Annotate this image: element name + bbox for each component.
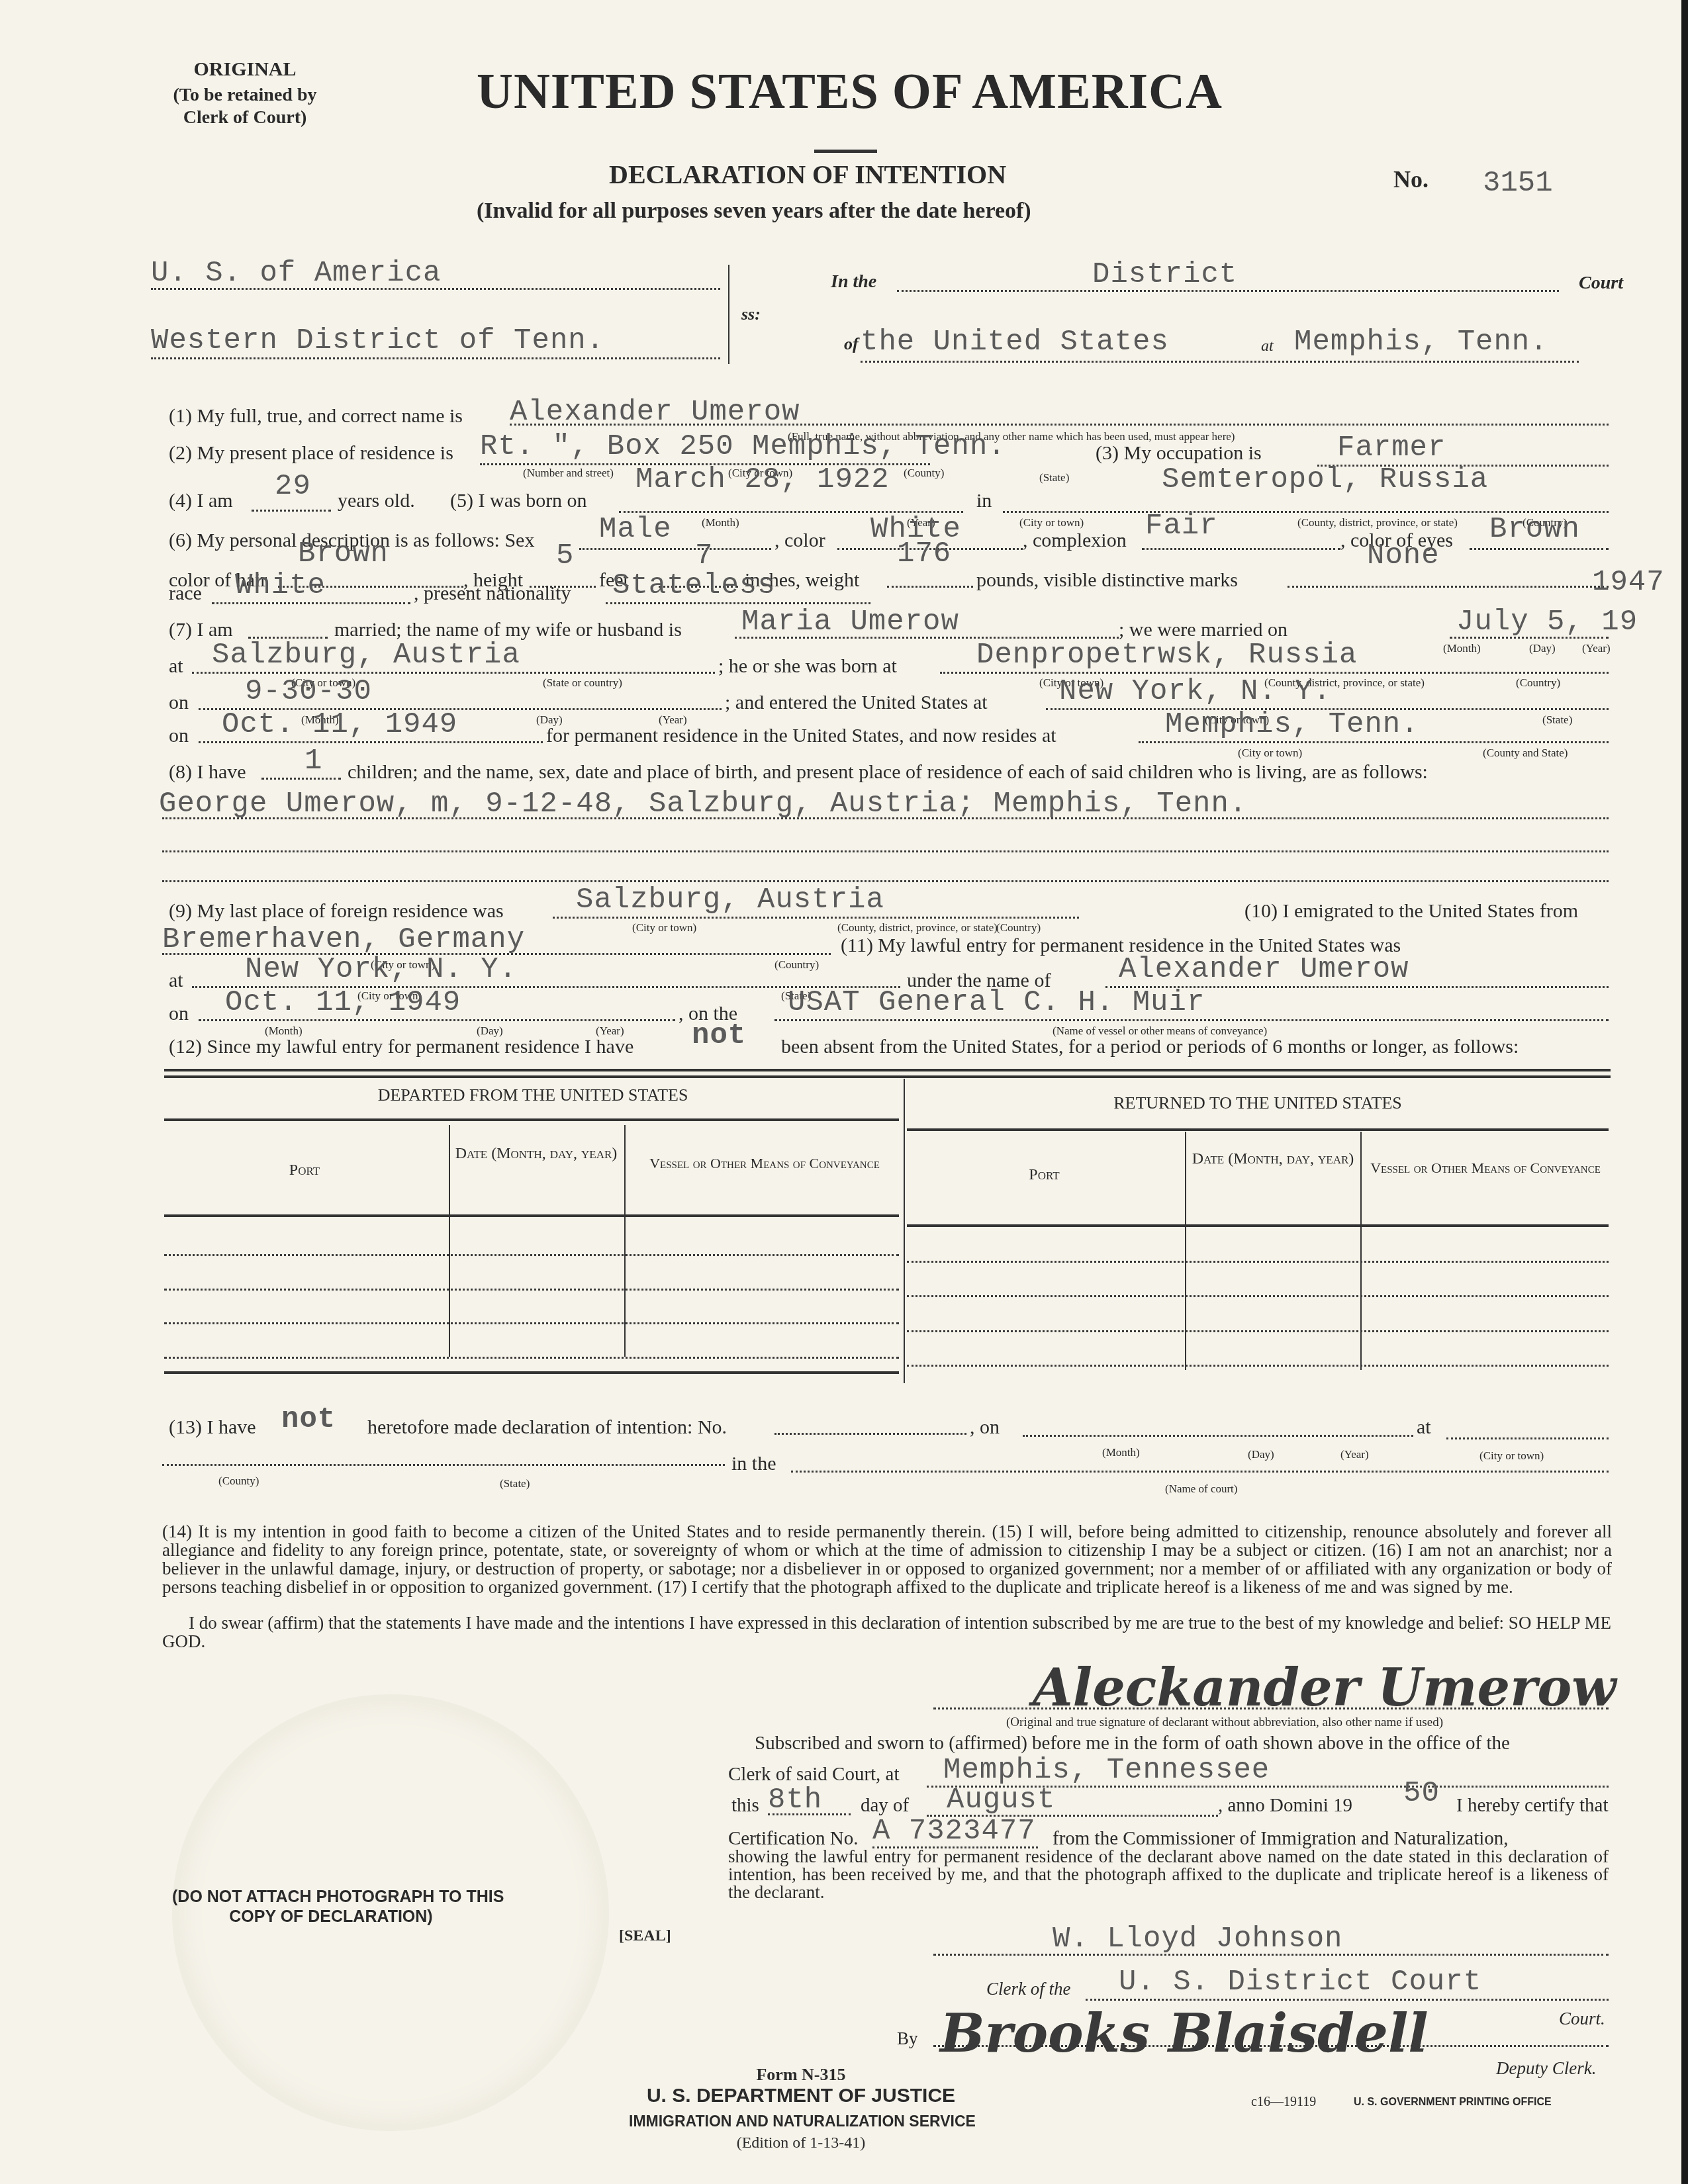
spouse-birthdate: 9-30-30 <box>245 675 372 708</box>
marriage-date: July 5, 19 <box>1456 606 1638 639</box>
service: IMMIGRATION AND NATURALIZATION SERVICE <box>629 2113 973 2130</box>
resides-label: for permanent residence in the United St… <box>546 725 1056 747</box>
page-title: UNITED STATES OF AMERICA <box>477 63 1223 120</box>
birth-place: Semteropol, Russia <box>1162 463 1488 496</box>
field-line <box>199 1019 675 1021</box>
hint: (State or country) <box>543 676 622 690</box>
table-row <box>164 1289 899 1291</box>
hint: (County) <box>904 467 944 480</box>
table-bottom-rule <box>164 1371 899 1374</box>
in-label: in <box>976 490 992 512</box>
field-line <box>261 778 341 780</box>
q13-label: (13) I have <box>169 1416 256 1439</box>
document-page: ORIGINAL (To be retained by Clerk of Cou… <box>0 0 1681 2184</box>
nationality-label: , present nationality <box>414 582 571 605</box>
hint: (State) <box>1039 471 1069 484</box>
declaration-number: 3151 <box>1483 167 1553 200</box>
clerk-of-label: Clerk of the <box>986 1979 1070 1999</box>
q11-at-label: at <box>169 970 183 992</box>
signature-line <box>933 1707 1609 1709</box>
number-label: No. <box>1393 165 1429 193</box>
ss-label: ss: <box>741 304 761 324</box>
children-count: 1 <box>305 745 322 778</box>
hint: (Year) <box>1582 642 1611 655</box>
prior-city-line <box>1446 1437 1609 1439</box>
field-line <box>768 1813 851 1815</box>
hint: (Country) <box>1516 676 1560 690</box>
spouse-birthplace: Denpropetrwsk, Russia <box>976 639 1358 672</box>
departed-header: DEPARTED FROM THE UNITED STATES <box>165 1085 900 1105</box>
q11-on-label: on <box>169 1003 189 1025</box>
gpo-label: U. S. GOVERNMENT PRINTING OFFICE <box>1354 2097 1552 2109</box>
prior-number-line <box>774 1433 966 1435</box>
field-line <box>1288 586 1609 588</box>
photo-note-1: (DO NOT ATTACH PHOTOGRAPH TO THIS <box>172 1888 490 1907</box>
cert-text-2: showing the lawful entry for permanent r… <box>728 1848 1609 1901</box>
oath-day: 8th <box>768 1784 822 1817</box>
table-row <box>907 1261 1609 1263</box>
venue-line <box>151 357 720 359</box>
col-date: Date (Month, day, year) <box>450 1145 622 1163</box>
hint: (State) <box>500 1477 530 1490</box>
header-rule <box>907 1224 1609 1227</box>
q4-label-post: years old. <box>338 490 415 512</box>
print-code: c16—19119 <box>1251 2095 1316 2110</box>
q4-label: (4) I am <box>169 490 233 512</box>
in-the-label: In the <box>831 271 876 293</box>
last-foreign-residence: Salzburg, Austria <box>576 884 884 917</box>
hint: (County, district, province, or state) <box>837 921 998 934</box>
subscribed-text: Subscribed and sworn to (affirmed) befor… <box>755 1733 1510 1754</box>
court-city: Memphis, Tenn. <box>1294 326 1548 359</box>
married-on-label: ; we were married on <box>1119 619 1288 641</box>
table-rule <box>164 1075 1611 1078</box>
venue-line <box>151 288 720 290</box>
age: 29 <box>275 470 311 503</box>
table-rule <box>164 1069 1611 1071</box>
col-divider <box>1185 1132 1186 1370</box>
hint: (Month) <box>702 516 739 529</box>
q1-label: (1) My full, true, and correct name is <box>169 405 463 428</box>
hint: (City or town) <box>1479 1449 1544 1463</box>
marriage-year-correction: 1947 <box>1592 566 1665 599</box>
spouse-residence: Memphis, Tenn. <box>1165 708 1419 741</box>
anno-label: , anno Domini 19 <box>1218 1795 1352 1817</box>
height-feet: 5 <box>556 539 574 572</box>
seal-label: [SEAL] <box>619 1927 671 1945</box>
returned-header: RETURNED TO THE UNITED STATES <box>907 1093 1609 1113</box>
court-suffix-label: Court. <box>1559 2009 1605 2029</box>
form-number: Form N-315 <box>662 2065 940 2085</box>
field-line <box>933 1954 1609 1956</box>
entry-date: Oct. 11, 1949 <box>225 986 461 1019</box>
entry-name: Alexander Umerow <box>1119 953 1409 986</box>
col-port: Port <box>907 1166 1182 1184</box>
day-of-label: day of <box>861 1795 909 1817</box>
field-line <box>1470 548 1609 550</box>
q7-label: (7) I am <box>169 619 233 641</box>
hint: (Month) <box>1102 1446 1140 1459</box>
color-label: , color <box>774 529 825 552</box>
q5-label: (5) I was born on <box>450 490 587 512</box>
certify-label: I hereby certify that <box>1456 1795 1608 1817</box>
col-divider <box>1360 1132 1362 1370</box>
field-line <box>1450 637 1609 639</box>
hint: (Year) <box>1340 1448 1369 1461</box>
hint: (County, district, province, or state) <box>1297 516 1458 529</box>
court-line <box>861 361 1579 363</box>
hint: (Number and street) <box>523 467 614 480</box>
hint: (Name of court) <box>1165 1482 1238 1496</box>
q2-label: (2) My present place of residence is <box>169 442 453 465</box>
field-line <box>579 548 771 550</box>
certification-number: A 7323477 <box>872 1815 1036 1848</box>
col-port: Port <box>165 1161 444 1179</box>
marks-label: pounds, visible distinctive marks <box>976 569 1238 592</box>
spouse-born-label: ; he or she was born at <box>718 655 897 678</box>
absence-value: not <box>692 1019 746 1052</box>
field-line <box>199 741 543 743</box>
col-vessel: Vessel or Other Means of Conveyance <box>626 1155 904 1172</box>
q3-label: (3) My occupation is <box>1096 442 1262 465</box>
field-line <box>1139 741 1609 743</box>
residence: Rt. ", Box 250 Memphis, Tenn. <box>480 430 1006 463</box>
hint: (Country) <box>774 958 819 972</box>
oath-year: 50 <box>1403 1777 1440 1810</box>
title-rule <box>814 150 877 153</box>
children-details: George Umerow, m, 9-12-48, Salzburg, Aus… <box>159 788 1247 821</box>
of-label: of <box>844 334 859 354</box>
court-of: the United States <box>861 326 1169 359</box>
col-date: Date (Month, day, year) <box>1187 1150 1359 1169</box>
q12-label-post: been absent from the United States, for … <box>781 1036 1519 1058</box>
table-row <box>164 1357 899 1359</box>
height-inches: 7 <box>695 539 713 572</box>
race: White <box>235 569 326 602</box>
form-subtitle: DECLARATION OF INTENTION <box>609 159 1006 190</box>
deputy-signature: Brooks Blaisdell <box>940 2002 1429 2064</box>
swear-text: I do swear (affirm) that the statements … <box>162 1614 1612 1651</box>
q9-label: (9) My last place of foreign residence w… <box>169 900 504 923</box>
table-row <box>164 1254 899 1256</box>
hint: (Day) <box>1529 642 1556 655</box>
hair-color: Brown <box>298 537 389 570</box>
nationality: Stateless <box>612 569 776 602</box>
marriage-place: Salzburg, Austria <box>212 639 520 672</box>
field-line <box>606 602 870 604</box>
edition: (Edition of 1-13-41) <box>662 2134 940 2152</box>
complexion: Fair <box>1145 510 1218 543</box>
court-label: Court <box>1579 273 1623 294</box>
field-line <box>162 880 1609 882</box>
spouse-entry-date: Oct. 11, 1949 <box>222 708 457 741</box>
field-line <box>510 424 1609 426</box>
header-rule <box>164 1214 899 1217</box>
field-line <box>933 2045 1609 2047</box>
table-row <box>164 1322 899 1324</box>
entry-on-label: on <box>169 725 189 747</box>
field-line <box>940 672 1609 674</box>
field-line <box>1142 548 1340 550</box>
q7-label-mid: married; the name of my wife or husband … <box>334 619 682 641</box>
weight: 176 <box>897 537 951 570</box>
hint: (Country) <box>996 921 1041 934</box>
prior-court-line <box>791 1471 1609 1473</box>
this-label: this <box>731 1795 759 1817</box>
field-line <box>887 586 973 588</box>
spouse-name: Maria Umerow <box>741 606 959 639</box>
q13-on-label: , on <box>970 1416 1000 1439</box>
validity-note: (Invalid for all purposes seven years af… <box>477 199 1031 224</box>
by-label: By <box>897 2028 918 2049</box>
field-line <box>774 1019 1609 1021</box>
sex: Male <box>599 513 672 546</box>
field-line <box>162 817 1609 819</box>
distinctive-marks: None <box>1367 539 1440 572</box>
hint: (State) <box>1542 713 1572 727</box>
q12-label: (12) Since my lawful entry for permanent… <box>169 1036 633 1058</box>
field-line <box>162 850 1609 852</box>
hint: (City or town) <box>1238 747 1302 760</box>
prior-date-line <box>1023 1435 1413 1437</box>
q10-label: (10) I emigrated to the United States fr… <box>1244 900 1578 923</box>
clerk-court: U. S. District Court <box>1119 1966 1481 1999</box>
table-row <box>907 1330 1609 1332</box>
col-vessel: Vessel or Other Means of Conveyance <box>1362 1160 1609 1177</box>
married-at-label: at <box>169 655 183 678</box>
birth-date: March 28, 1922 <box>635 463 890 496</box>
field-line <box>1086 1999 1609 2001</box>
court-type: District <box>1092 258 1237 291</box>
original-note-2: Clerk of Court) <box>159 107 331 128</box>
q13-label-post: heretofore made declaration of intention… <box>367 1416 727 1439</box>
complexion-label: , complexion <box>1023 529 1127 552</box>
q8-label: (8) I have <box>169 761 246 784</box>
q8-label-post: children; and the name, sex, date and pl… <box>348 761 1428 784</box>
venue-bracket <box>728 265 729 364</box>
at-label: at <box>1261 338 1274 355</box>
spouse-entry-port: New York, N. Y. <box>1059 675 1331 708</box>
original-label: ORIGINAL <box>159 58 331 81</box>
race-label: race <box>169 582 202 605</box>
table-rule <box>907 1128 1609 1131</box>
signature-hint: (Original and true signature of declaran… <box>1006 1715 1443 1730</box>
emigrated-from: Bremerhaven, Germany <box>162 923 525 956</box>
occupation: Farmer <box>1337 432 1446 465</box>
field-line <box>553 917 1079 919</box>
entry-port: New York, N. Y. <box>245 953 517 986</box>
q13-in-label: in the <box>731 1453 776 1475</box>
photo-note-2: COPY OF DECLARATION) <box>172 1907 490 1927</box>
q13-at-label: at <box>1417 1416 1431 1439</box>
hint: (Month) <box>1443 642 1481 655</box>
prior-county-line <box>162 1464 725 1466</box>
deputy-label: Deputy Clerk. <box>1496 2058 1596 2079</box>
department: U. S. DEPARTMENT OF JUSTICE <box>629 2085 973 2107</box>
hint: (City or town) <box>632 921 696 934</box>
clerk-name: W. Lloyd Johnson <box>1053 1923 1342 1956</box>
hint: (County) <box>218 1475 259 1488</box>
entry-vessel: USAT General C. H. Muir <box>788 986 1205 1019</box>
venue-district: Western District of Tenn. <box>151 324 604 357</box>
field-line <box>252 510 331 512</box>
field-line <box>212 602 410 604</box>
table-row <box>907 1365 1609 1367</box>
hint: (Day) <box>1248 1448 1274 1461</box>
hint: (County and State) <box>1483 747 1568 760</box>
entered-label: ; and entered the United States at <box>725 692 988 714</box>
clerk-at-label: Clerk of said Court, at <box>728 1764 900 1786</box>
born-on-label: on <box>169 692 189 714</box>
original-note-1: (To be retained by <box>159 85 331 106</box>
prior-declaration: not <box>281 1403 336 1436</box>
eye-color: Brown <box>1489 513 1580 546</box>
venue-country: U. S. of America <box>151 257 441 290</box>
field-line <box>192 672 715 674</box>
hint: (City or town) <box>1019 516 1084 529</box>
oath-location: Memphis, Tennessee <box>943 1754 1270 1787</box>
oath-text: (14) It is my intention in good faith to… <box>162 1522 1612 1596</box>
oath-month: August <box>947 1784 1055 1817</box>
table-row <box>907 1295 1609 1297</box>
table-divider <box>904 1079 905 1383</box>
table-rule <box>164 1118 899 1121</box>
